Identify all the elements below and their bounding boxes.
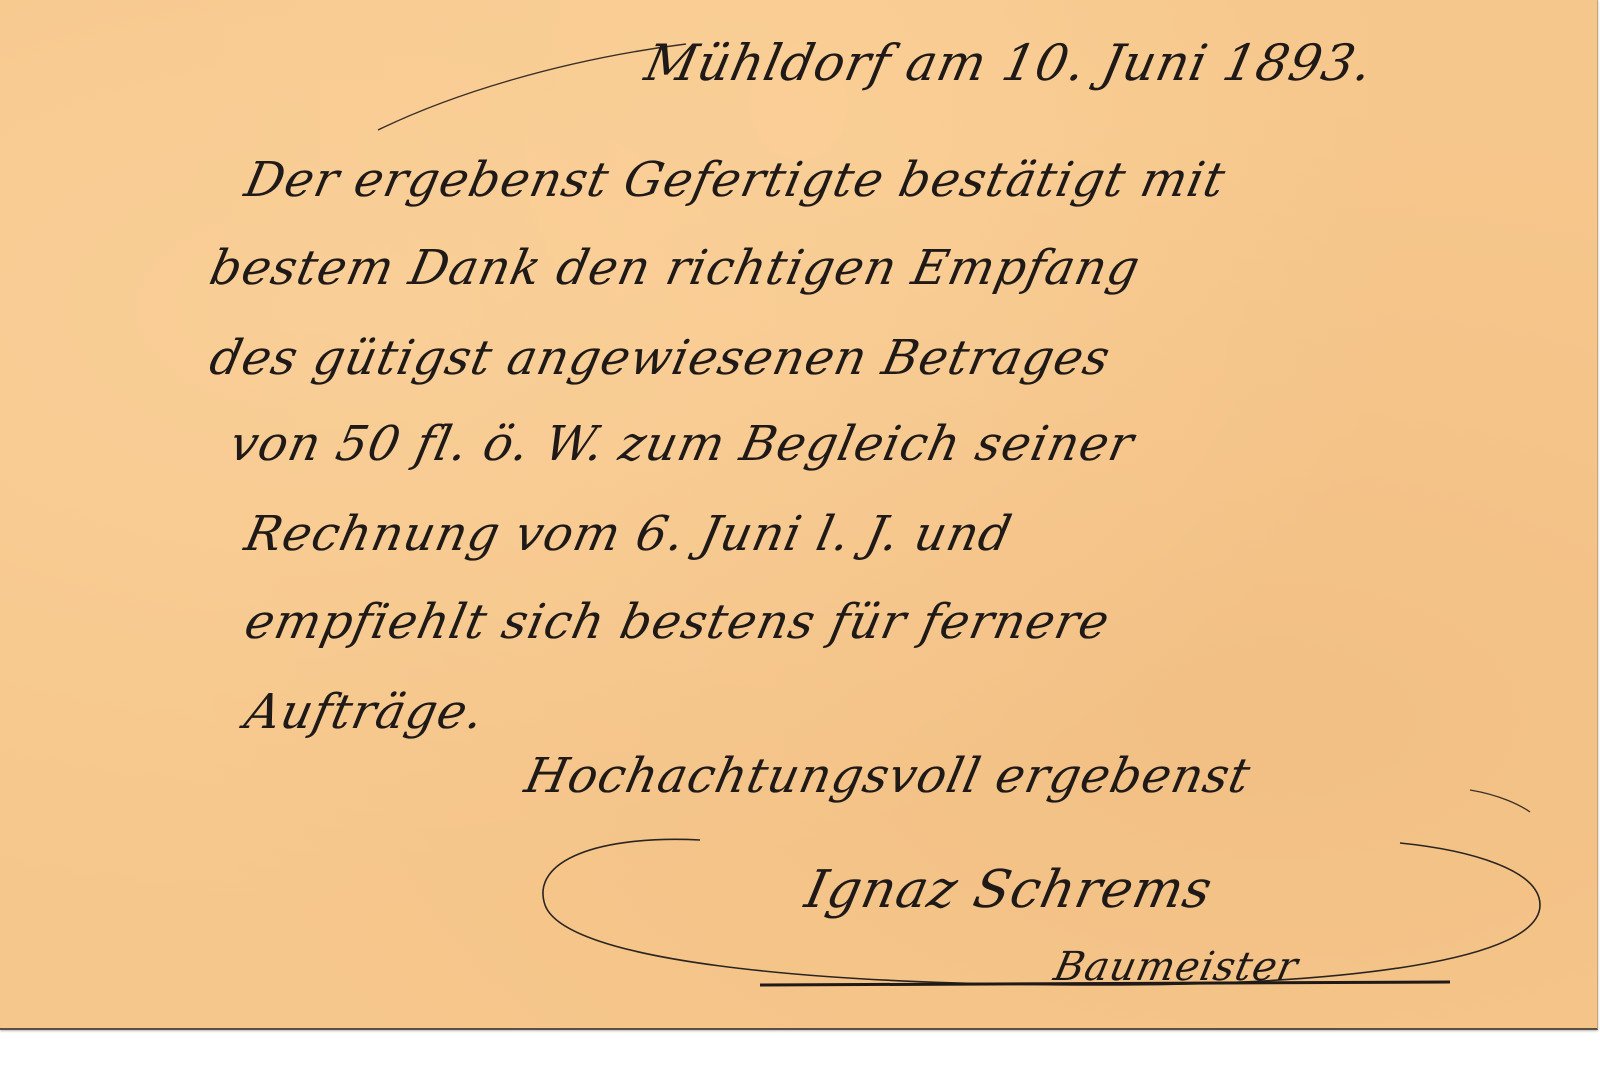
body-line-4: von 50 fl. ö. W. zum Begleich seiner	[225, 416, 1139, 472]
body-line-2: bestem Dank den richtigen Empfang	[205, 240, 1145, 296]
signature-title: Baumeister	[1050, 944, 1303, 990]
header-flourish-stroke	[378, 44, 686, 130]
body-line-3: des gütigst angewiesenen Betrages	[205, 330, 1115, 386]
body-line-7: Aufträge.	[240, 684, 489, 740]
closing-phrase: Hochachtungsvoll ergebenst	[520, 748, 1256, 804]
body-line-6: empfiehlt sich bestens für fernere	[240, 594, 1115, 650]
place-date-header: Mühldorf am 10. Juni 1893.	[640, 34, 1378, 92]
body-line-1: Der ergebenst Gefertigte bestätigt mit	[240, 152, 1231, 208]
postcard: Mühldorf am 10. Juni 1893. Der ergebenst…	[0, 0, 1598, 1030]
signature-name: Ignaz Schrems	[800, 860, 1218, 920]
body-line-5: Rechnung vom 6. Juni l. J. und	[240, 506, 1017, 562]
closing-tail-flourish	[1470, 790, 1530, 812]
